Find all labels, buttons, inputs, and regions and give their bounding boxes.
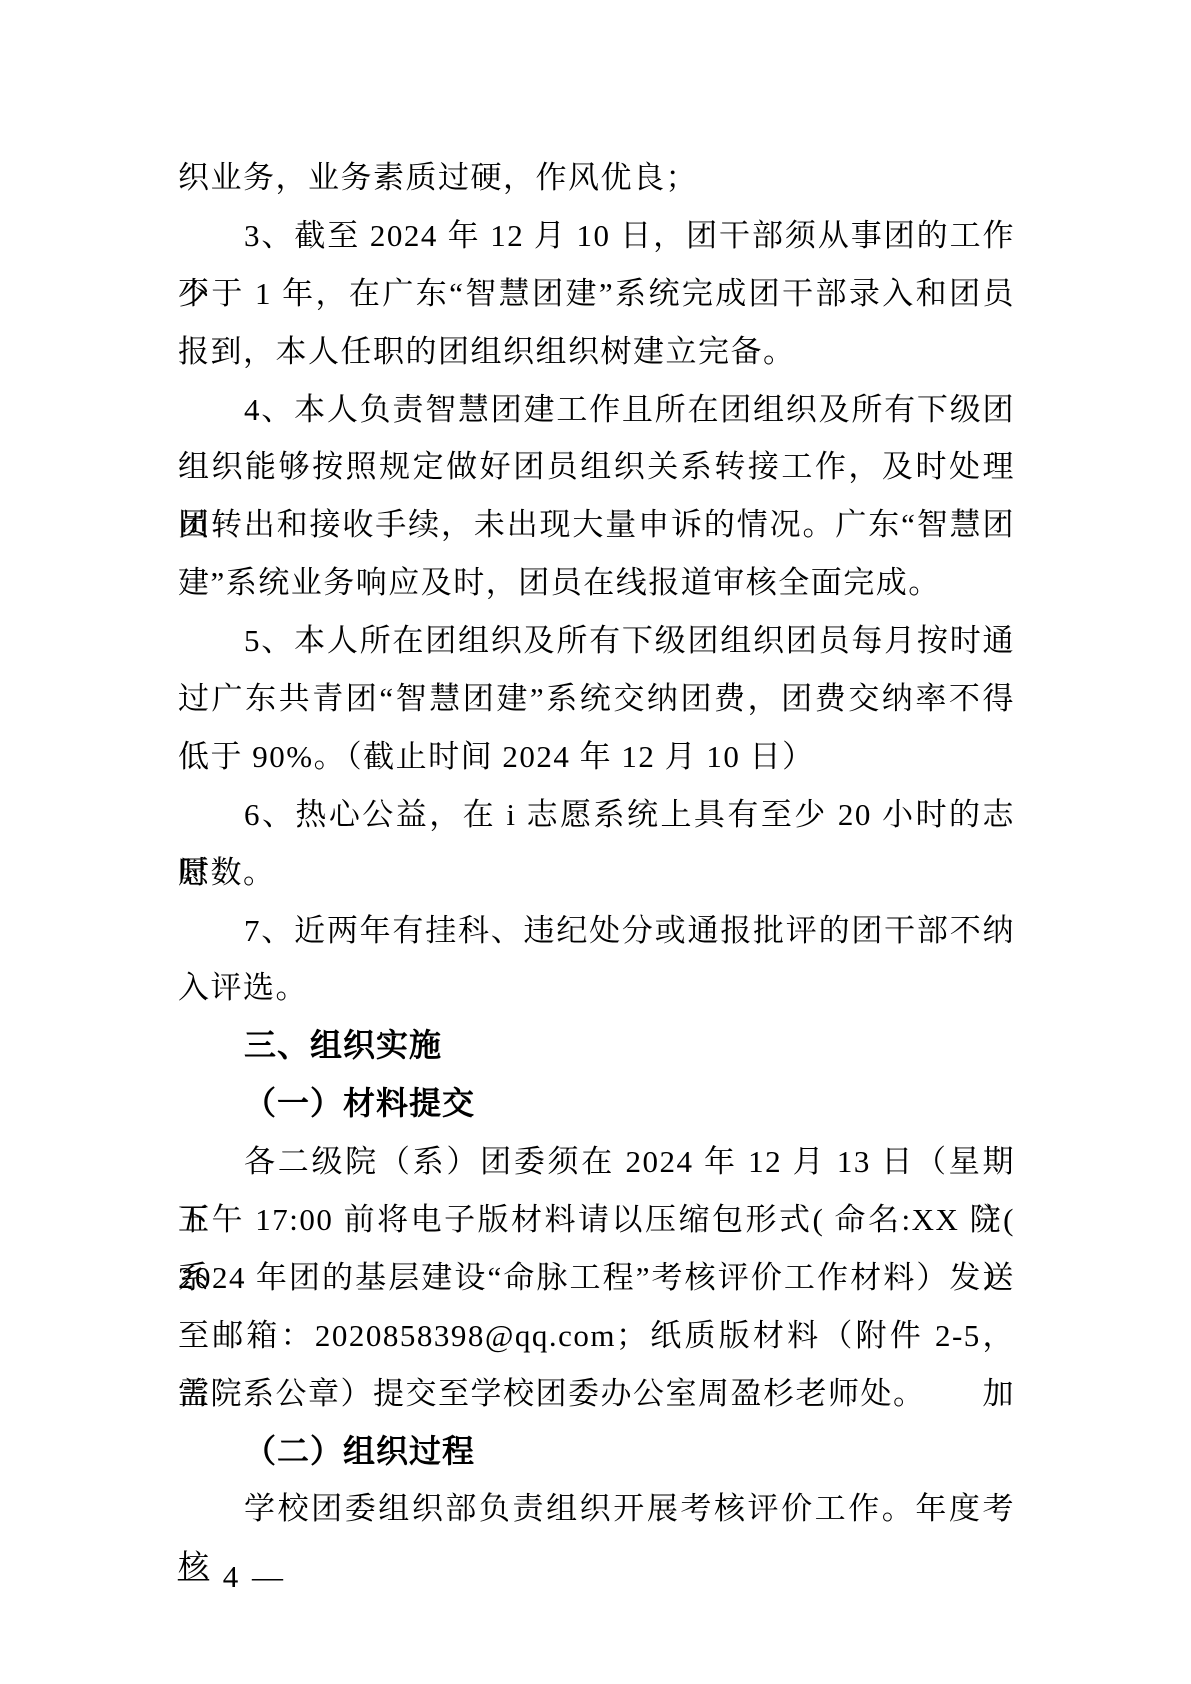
document-page: 织业务，业务素质过硬，作风优良； 3、截至 2024 年 12 月 10 日，团… <box>0 0 1191 1684</box>
paragraph-line: 2024 年团的基层建设“命脉工程”考核评价工作材料）发送 <box>178 1249 1015 1307</box>
paragraph-line: 报到，本人任职的团组织组织树建立完备。 <box>178 323 1015 381</box>
paragraph-line: 员转出和接收手续，未出现大量申诉的情况。广东“智慧团 <box>178 496 1015 554</box>
section-heading: 三、组织实施 <box>178 1017 1015 1075</box>
paragraph-line: 时数。 <box>178 844 1015 902</box>
paragraph-line: 建”系统业务响应及时，团员在线报道审核全面完成。 <box>178 554 1015 612</box>
paragraph-line: 7、近两年有挂科、违纪处分或通报批评的团干部不纳 <box>178 902 1015 960</box>
paragraph-line: 入评选。 <box>178 959 1015 1017</box>
subsection-heading: （二）组织过程 <box>178 1423 1015 1481</box>
paragraph-line: 4、本人负责智慧团建工作且所在团组织及所有下级团 <box>178 381 1015 439</box>
paragraph-line: 少于 1 年，在广东“智慧团建”系统完成团干部录入和团员 <box>178 265 1015 323</box>
paragraph-line: 各二级院（系）团委须在 2024 年 12 月 13 日（星期五） <box>178 1133 1015 1191</box>
paragraph-line: 组织能够按照规定做好团员组织关系转接工作，及时处理团 <box>178 438 1015 496</box>
paragraph-line: 过广东共青团“智慧团建”系统交纳团费，团费交纳率不得 <box>178 670 1015 728</box>
paragraph-line: 6、热心公益，在 i 志愿系统上具有至少 20 小时的志愿 <box>178 786 1015 844</box>
page-number: — 4 — <box>178 1548 286 1606</box>
paragraph-line-with-email: 至邮箱：2020858398@qq.com；纸质版材料（附件 2-5，需加 <box>178 1307 1015 1365</box>
paragraph-line: 5、本人所在团组织及所有下级团组织团员每月按时通 <box>178 612 1015 670</box>
subsection-heading: （一）材料提交 <box>178 1075 1015 1133</box>
paragraph-line: 3、截至 2024 年 12 月 10 日，团干部须从事团的工作不 <box>178 207 1015 265</box>
paragraph-line: 盖院系公章）提交至学校团委办公室周盈杉老师处。 <box>178 1365 1015 1423</box>
paragraph-line: 织业务，业务素质过硬，作风优良； <box>178 149 1015 207</box>
paragraph-line: 学校团委组织部负责组织开展考核评价工作。年度考核 <box>178 1480 1015 1538</box>
paragraph-line: 下午 17:00 前将电子版材料请以压缩包形式( 命名:XX 院( 系） <box>178 1191 1015 1249</box>
document-body: 织业务，业务素质过硬，作风优良； 3、截至 2024 年 12 月 10 日，团… <box>178 149 1015 1538</box>
paragraph-line: 低于 90%。（截止时间 2024 年 12 月 10 日） <box>178 728 1015 786</box>
